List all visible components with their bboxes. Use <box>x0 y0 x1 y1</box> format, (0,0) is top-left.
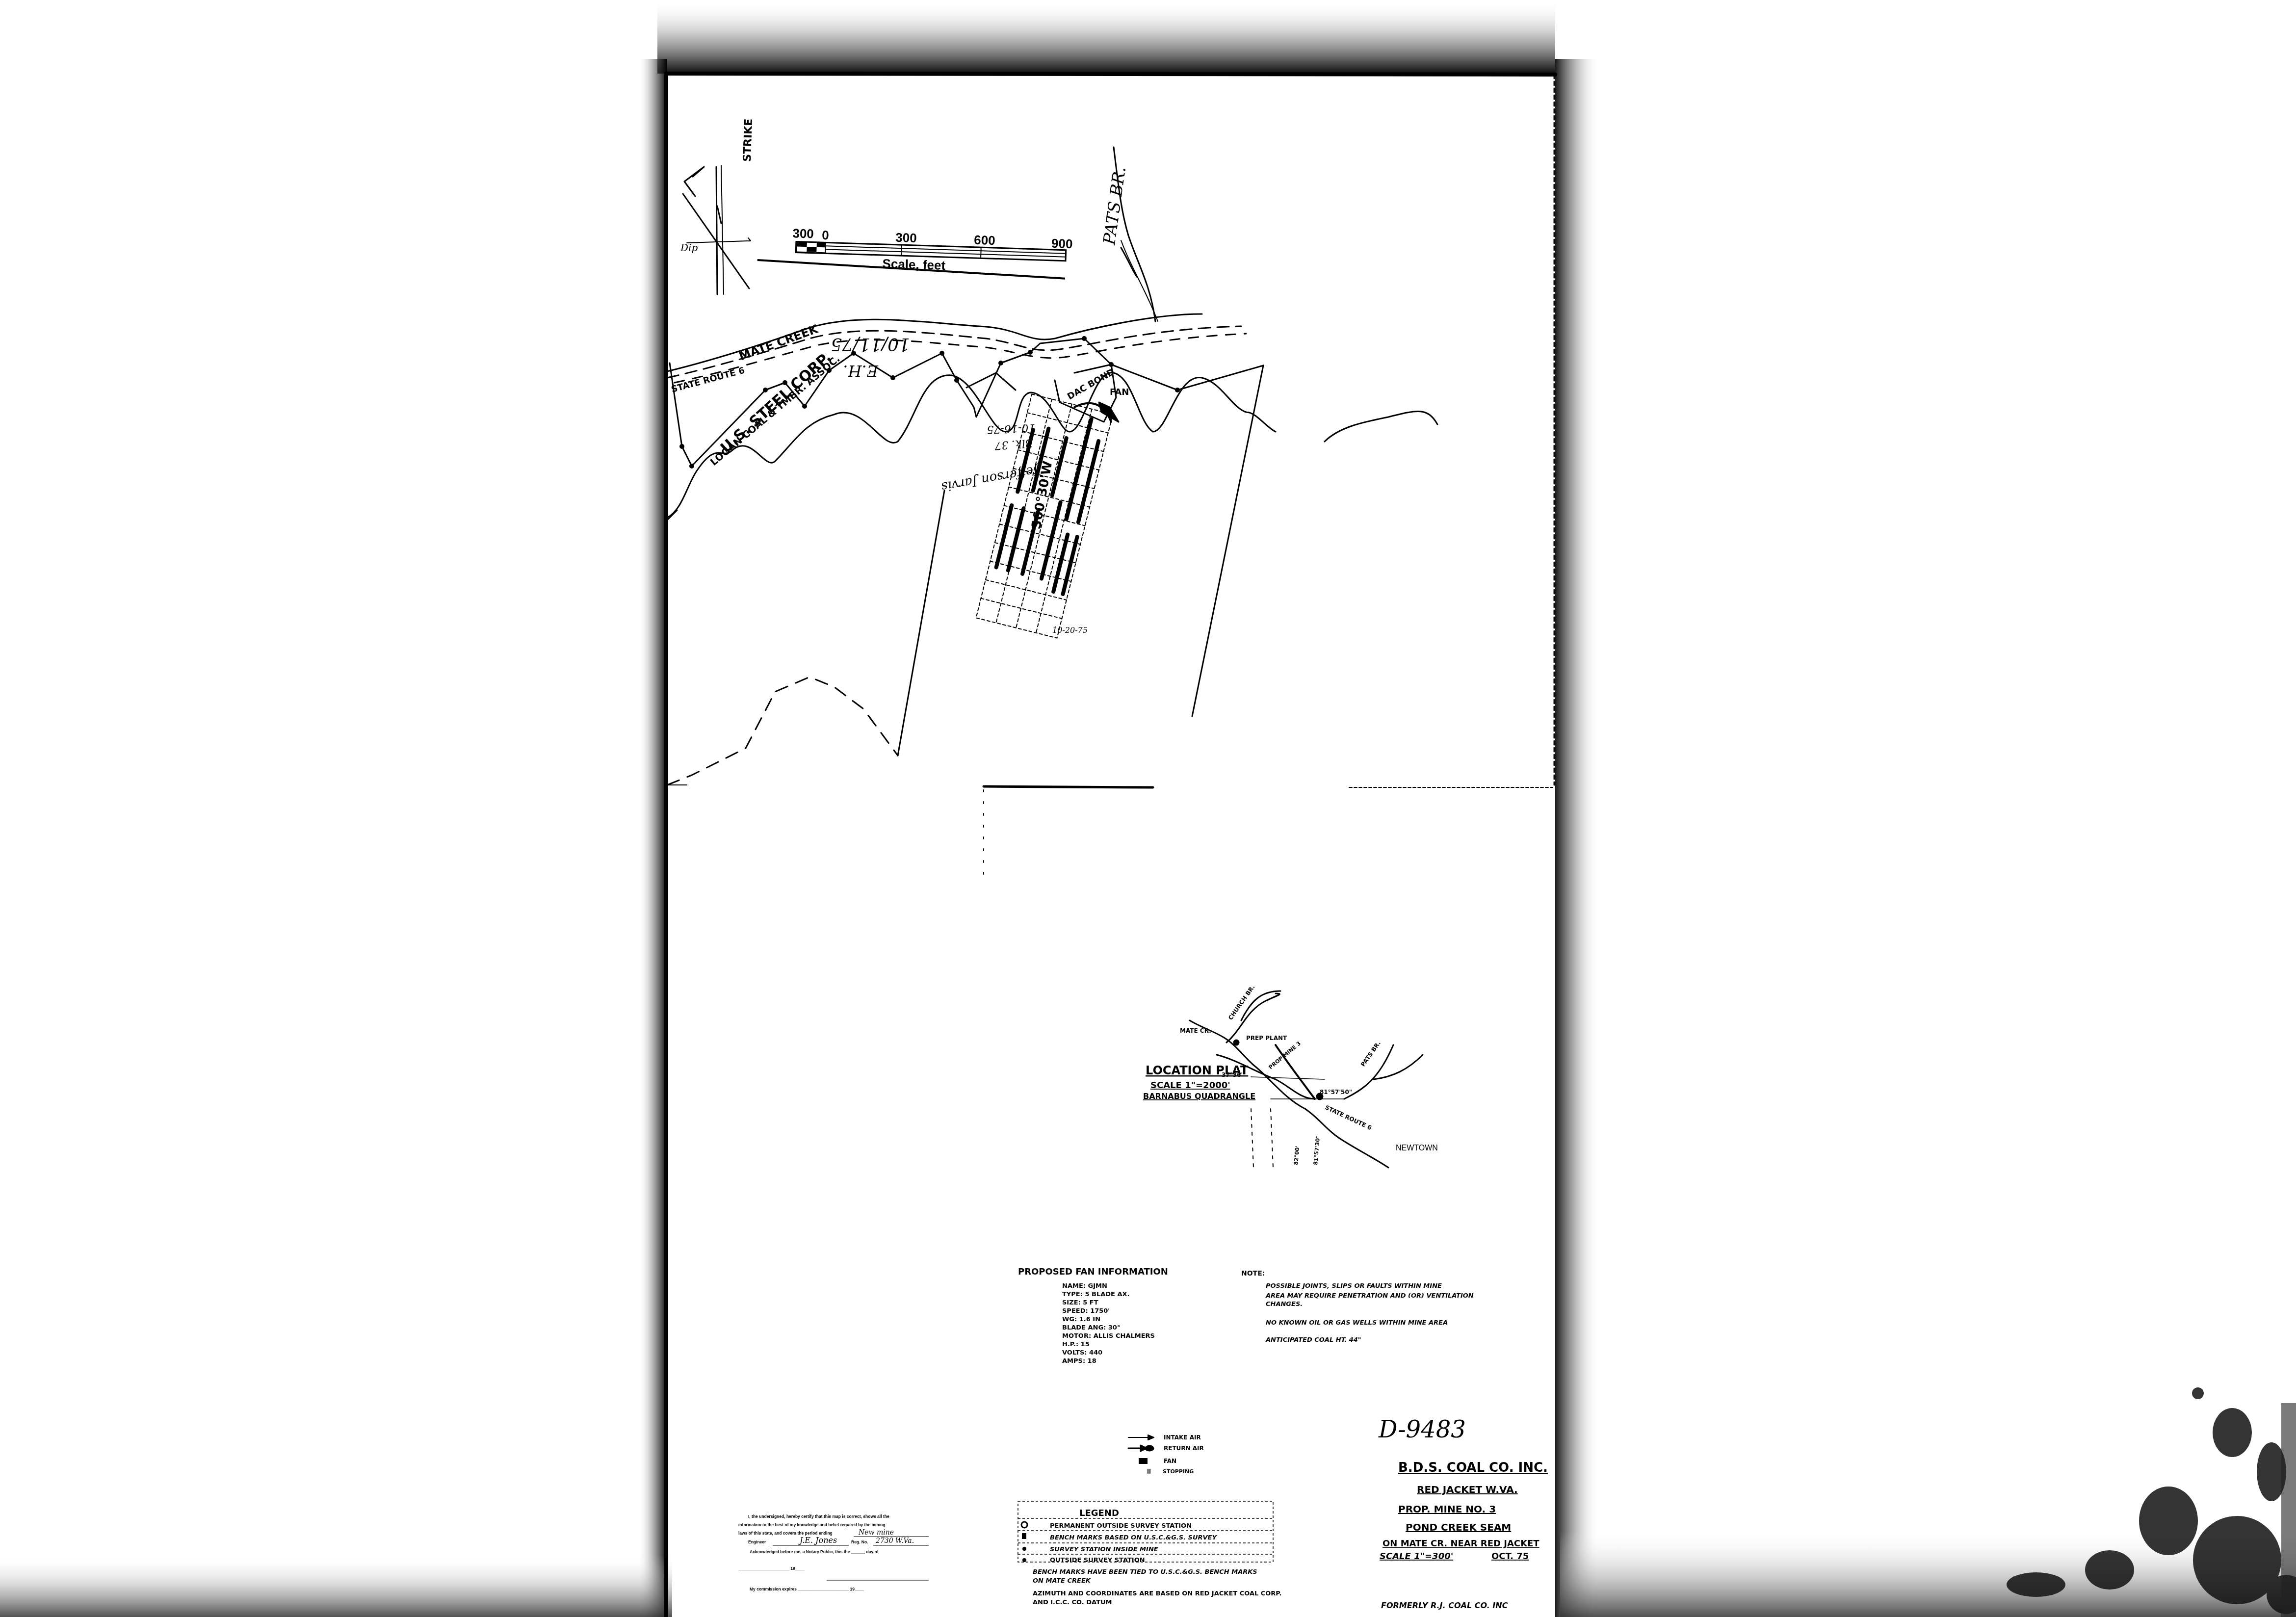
plat-coord2: 81°57'50" <box>1320 1089 1352 1095</box>
mine-name: PROP. MINE NO. 3 <box>1398 1503 1496 1515</box>
fan-info-line: TYPE: 5 BLADE AX. <box>1062 1291 1129 1298</box>
legend-note: BENCH MARKS HAVE BEEN TIED TO U.S.C.&G.S… <box>1033 1568 1257 1576</box>
north-arrow-icon <box>683 165 751 294</box>
fan-info-heading: PROPOSED FAN INFORMATION <box>1018 1267 1168 1277</box>
plat-coord1: 37°36' <box>1222 1071 1243 1078</box>
fan-info-line: NAME: GJMN <box>1062 1282 1107 1290</box>
plat-tick2: 81°57'30" <box>1312 1135 1321 1165</box>
cert-period-value: New mine <box>858 1529 894 1537</box>
note-line: ANTICIPATED COAL HT. 44" <box>1265 1336 1361 1344</box>
signature: Jefferson Jarvis <box>940 462 1042 494</box>
permanent-station-icon <box>1021 1522 1027 1528</box>
note-line: NO KNOWN OIL OR GAS WELLS WITHIN MINE AR… <box>1266 1319 1448 1327</box>
legend-return: RETURN AIR <box>1164 1445 1204 1452</box>
scale-tick: 600 <box>974 233 995 248</box>
scale-bar: 300 0 300 600 900 Scale, feet <box>757 225 1073 279</box>
signature-line3: 10-16-75 <box>987 421 1036 435</box>
mine-map-scan: STRIKE Dip 300 0 300 600 900 Scale, feet… <box>0 0 2296 1617</box>
plat-newtown: NEWTOWN <box>1396 1144 1438 1152</box>
dip-label: Dip <box>680 242 698 254</box>
legend-heading: LEGEND <box>1079 1508 1119 1518</box>
stopping-symbol-icon <box>1148 1469 1150 1473</box>
company-name: B.D.S. COAL CO. INC. <box>1398 1461 1548 1475</box>
plat-state-route: STATE ROUTE 6 <box>1324 1104 1373 1131</box>
legend-intake: INTAKE AIR <box>1164 1434 1201 1441</box>
legend-row: OUTSIDE SURVEY STATION <box>1050 1557 1145 1564</box>
fan-info-line: SPEED: 1750' <box>1062 1307 1110 1315</box>
cert-line: laws of this state, and covers the perio… <box>738 1531 833 1536</box>
state-route-label: STATE ROUTE 6 <box>670 365 746 395</box>
formerly-text: FORMERLY R.J. COAL CO. INC <box>1381 1601 1508 1610</box>
legend-note: ON MATE CREEK <box>1033 1577 1091 1585</box>
return-arrow-icon <box>1128 1445 1153 1451</box>
legend-stopping: STOPPING <box>1163 1468 1194 1475</box>
sheet-border <box>666 74 1555 1617</box>
mine-location: ON MATE CR. NEAR RED JACKET <box>1383 1539 1539 1549</box>
company-location: RED JACKET W.VA. <box>1417 1484 1518 1495</box>
inside-station-icon <box>1022 1547 1026 1551</box>
stamp-date: 10/11/75 <box>831 334 910 354</box>
plat-pats-br: PATS BR. <box>1359 1040 1382 1068</box>
fan-symbol-icon <box>1139 1458 1148 1464</box>
mate-creek-label: MATE CREEK <box>737 322 820 364</box>
property-traverse <box>670 339 1263 716</box>
cert-engineer-signature: J.E. Jones <box>798 1536 837 1545</box>
fan-info-line: AMPS: 18 <box>1062 1357 1096 1365</box>
legend-fan: FAN <box>1164 1458 1176 1464</box>
title-block: D-9483 B.D.S. COAL CO. INC. RED JACKET W… <box>1378 1416 1548 1610</box>
drawing-number: D-9483 <box>1378 1416 1466 1443</box>
plat-mate-cr: MATE CR. <box>1180 1027 1211 1034</box>
outside-station-icon <box>1022 1558 1026 1562</box>
strike-label: STRIKE <box>741 118 755 162</box>
legend-note: AND I.C.C. CO. DATUM <box>1033 1599 1112 1606</box>
notes: NOTE: POSSIBLE JOINTS, SLIPS OR FAULTS W… <box>1241 1270 1474 1344</box>
plat-prep-plant: PREP PLANT <box>1246 1035 1287 1042</box>
grid-date: 10-20-75 <box>1052 626 1088 635</box>
notes-heading: NOTE: <box>1241 1270 1265 1278</box>
fan-info-line: SIZE: 5 FT <box>1062 1299 1098 1306</box>
fan-info-line: H.P.: 15 <box>1062 1341 1090 1348</box>
date-text: OCT. 75 <box>1491 1551 1529 1562</box>
note-line: AREA MAY REQUIRE PENETRATION AND (OR) VE… <box>1265 1292 1474 1300</box>
cert-reg-label: Reg. No. <box>851 1539 868 1544</box>
legend-row: BENCH MARKS BASED ON U.S.C.&G.S. SURVEY <box>1050 1534 1217 1541</box>
plat-prop-mine: PROP MINE 3 <box>1268 1040 1302 1070</box>
seam-name: POND CREEK SEAM <box>1406 1521 1511 1533</box>
boundary-line <box>898 491 944 756</box>
fan-info-line: VOLTS: 440 <box>1062 1349 1102 1356</box>
scale-tick: 300 <box>895 230 917 245</box>
cert-reg-value: 2730 W.Va. <box>875 1537 914 1545</box>
cert-line: My commission expires __________________… <box>750 1587 864 1591</box>
plat-quadrangle: BARNABUS QUADRANGLE <box>1143 1092 1255 1101</box>
legend-note: AZIMUTH AND COORDINATES ARE BASED ON RED… <box>1033 1590 1281 1597</box>
scale-caption: Scale, feet <box>882 256 946 273</box>
legend-row: PERMANENT OUTSIDE SURVEY STATION <box>1050 1522 1192 1530</box>
cert-line: I, the undersigned, hereby certify that … <box>748 1514 889 1519</box>
scale-text: SCALE 1"=300' <box>1380 1551 1453 1562</box>
proposed-boundary <box>667 677 898 785</box>
bench-mark-icon <box>1022 1533 1026 1539</box>
fan-info-line: WG: 1.6 IN <box>1062 1316 1100 1323</box>
plat-church: CHURCH BR. <box>1227 984 1256 1021</box>
fan-label: FAN <box>1110 387 1129 397</box>
certificate-block: I, the undersigned, hereby certify that … <box>738 1514 929 1591</box>
cert-line: information to the best of my knowledge … <box>738 1522 885 1527</box>
scale-tick: 900 <box>1051 236 1073 251</box>
cert-line: ______________________ 19____ <box>738 1566 805 1571</box>
cert-line: Acknowledged before me, a Notary Public,… <box>750 1549 879 1554</box>
fan-info-line: BLADE ANG: 30° <box>1062 1324 1120 1331</box>
legend-row: SURVEY STATION INSIDE MINE <box>1050 1546 1158 1553</box>
scan-artifacts <box>0 0 2296 1617</box>
survey-legend: LEGEND PERMANENT OUTSIDE SURVEY STATION … <box>1018 1501 1281 1606</box>
scale-tick: 0 <box>822 228 829 242</box>
stamp-initials: E.H. <box>843 362 879 380</box>
pats-branch-label: PATS BR. <box>1099 165 1130 247</box>
plat-scale: SCALE 1"=2000' <box>1150 1080 1230 1091</box>
intake-arrow-icon <box>1128 1435 1154 1440</box>
note-line: POSSIBLE JOINTS, SLIPS OR FAULTS WITHIN … <box>1266 1282 1442 1290</box>
note-line: CHANGES. <box>1266 1301 1303 1308</box>
fan-info-line: MOTOR: ALLIS CHALMERS <box>1062 1332 1155 1340</box>
cert-engineer-label: Engineer <box>748 1539 766 1544</box>
air-legend: INTAKE AIR RETURN AIR FAN STOPPING <box>1128 1434 1204 1475</box>
scale-tick: 300 <box>792 226 814 241</box>
plat-tick1: 82°00' <box>1293 1146 1301 1165</box>
location-plat-map <box>1190 991 1423 1168</box>
fan-information: PROPOSED FAN INFORMATION NAME: GJMNTYPE:… <box>1018 1267 1168 1365</box>
